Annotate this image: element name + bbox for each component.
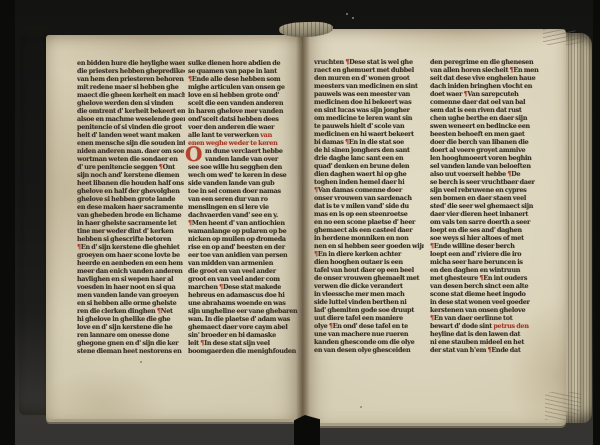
manuscript-line: om vals ten sarre doerth a seer	[430, 218, 545, 226]
manuscript-line: –drie daghe lanc sant een en	[314, 154, 424, 162]
manuscript-line: heyline dat is den lawen dat	[430, 330, 545, 338]
manuscript-line: ren die clerken dinghen ¶Net	[77, 307, 185, 315]
manuscript-line: hi ghelove in ghelike die ghe	[77, 315, 185, 323]
manuscript-line: ghelove si hebben grote lande	[77, 195, 185, 203]
text-column-left-1: en bidden hure die heylighe waertdie pri…	[77, 59, 185, 355]
manuscript-line: micha seer hare beruncen is	[430, 258, 545, 266]
manuscript-line: en sint lucas was sijn jongher	[314, 106, 424, 114]
manuscript-line: meer dan enich vanden anderen	[77, 267, 185, 275]
fore-edge-left	[19, 27, 49, 415]
manuscript-line: van allen horen siecheit ¶En men	[430, 66, 545, 74]
manuscript-line: loept een and' riviere die iro	[430, 250, 545, 258]
manuscript-line: onser vrouwen van sardenach	[314, 194, 424, 202]
manuscript-line: van hem den priesteren behoren al	[77, 75, 185, 83]
manuscript-line: havlighen en si wepen haer al	[77, 275, 185, 283]
manuscript-line: rise en op and' beesten en der	[188, 243, 300, 251]
manuscript-line: in haren ghelove mer vanden	[188, 107, 300, 115]
page-corner-bottom-right	[545, 392, 581, 420]
manuscript-line: chen ughe berthe en daer sijn	[430, 114, 545, 122]
manuscript-line: lad' ghemiten gode soe druupt	[314, 306, 424, 314]
manuscript-line: in haer ghelste sacramente let	[77, 219, 185, 227]
manuscript-line: den muren en d' wonen groot	[314, 74, 424, 82]
manuscript-line: vruchten ¶Dese stat is wel ghe	[314, 58, 424, 66]
manuscript-line: sen bomen en daer staen veel	[430, 194, 545, 202]
manuscript-line: uut diere tafel een maniere	[314, 314, 424, 322]
manuscript-line: de onser vrouwen ghemaelt met	[314, 274, 424, 282]
manuscript-line: also uut voerseit hebbe ¶De	[430, 170, 545, 178]
manuscript-line: nicken op muilen op dromeda	[188, 235, 300, 243]
manuscript-line: ghelove werden den si vinden	[77, 99, 185, 107]
manuscript-line: –te pauwels hielt d' scole van	[314, 122, 424, 130]
ink-speck	[360, 406, 362, 408]
manuscript-line: van ghebeden brode en lichame	[77, 211, 185, 219]
manuscript-line: –dach iniden bringhen vlocht en	[430, 82, 545, 90]
manuscript-line: ghemaect als een casteel daer	[314, 226, 424, 234]
manuscript-line: m dune verclaert hebbe	[188, 147, 300, 155]
manuscript-line: wech om wed' te keren in dese	[188, 171, 300, 179]
manuscript-line: –en si hebben alle orme ghelste	[77, 299, 185, 307]
manuscript-line: une abrahams woende en was	[188, 299, 300, 307]
manuscript-line: van midden van armenien	[188, 259, 300, 267]
manuscript-line: wamanlange op pularen op be	[188, 227, 300, 235]
manuscript-line: dachvaerden vand' see en y.	[188, 211, 300, 219]
manuscript-line: ¶En van daer oerlinne tot	[430, 314, 545, 322]
manuscript-line: van een seren dur van ro	[188, 195, 300, 203]
ink-speck	[140, 361, 142, 363]
manuscript-line: ¶Ende alle dese hebben som	[188, 75, 300, 83]
manuscript-line: doer die berch van libanen die	[430, 138, 545, 146]
manuscript-line: mit redene maer si hebben ghe	[77, 83, 185, 91]
manuscript-line: der stat van h'em ¶Ende dat	[430, 346, 545, 354]
manuscript-line: voesden in haer noot en si qua	[77, 283, 185, 291]
manuscript-line: –olye ¶En ond' dese tafel en te	[314, 322, 424, 330]
manuscript-line: hebben si ghescrifte betoren	[77, 235, 185, 243]
manuscript-line: side luttel vinden berthen ni	[314, 298, 424, 306]
manuscript-line: alle lant te verwerken van	[188, 131, 300, 139]
manuscript-line: daer vier dieren heet inbanert	[430, 210, 545, 218]
manuscript-line: heerde en aenbeden en een hem	[77, 259, 185, 267]
manuscript-line: ¶Ende willine deser berch	[430, 242, 545, 250]
manuscript-line: vanden lande van over	[188, 155, 300, 163]
manuscript-line: une van machere nue rueren	[314, 330, 424, 338]
manuscript-line: de hi sinen jonghers den sant	[314, 146, 424, 154]
manuscript-line: sted' die seer wel ghemaect sijn	[430, 202, 545, 210]
manuscript-line: maect die gheen kerheit en mach	[77, 91, 185, 99]
manuscript-line: –beesten behoeft en men gaet	[430, 130, 545, 138]
manuscript-line: sijn ungheline eer vane ghebaren	[188, 307, 300, 315]
manuscript-line: ren lannare om onesse done	[77, 331, 185, 339]
manuscript-line: kanden ghesconde om die olye	[314, 338, 424, 346]
manuscript-line: van desen berch sinct een alte	[430, 282, 545, 290]
manuscript-line: medicinen doe hi bekeert was	[314, 98, 424, 106]
manuscript-line: penitencie of si vinden die groot	[77, 123, 185, 131]
manuscript-line: verwen die dicke verandert	[314, 282, 424, 290]
manuscript-line: niden anderen man. daer om soe	[77, 147, 185, 155]
manuscript-line: bewart d' dode sint petrus den	[430, 322, 545, 330]
manuscript-line: en no een scone plaetse d' heer	[314, 218, 424, 226]
manuscript-line: soe weys si hier altoes of met	[430, 234, 545, 242]
manuscript-line: sceit die een vanden anderen	[188, 99, 300, 107]
text-column-right-2: den peregrime en die ghenesenvan allen h…	[430, 58, 545, 354]
manuscript-line: enen mensche sijn die souden inter	[77, 139, 185, 147]
manuscript-line: se berch is seer vruchtbaer daer	[430, 178, 545, 186]
manuscript-line: wan. In die plaetse d' adam was	[188, 315, 300, 323]
manuscript-line: loept en die ses and' daghen	[430, 226, 545, 234]
manuscript-line: se quamen van pape in lant	[188, 67, 300, 75]
manuscript-line: ni ene stauben mideel en het	[430, 338, 545, 346]
manuscript-line: sin' broeder en bi damaske	[188, 331, 300, 339]
manuscript-line: comenne daer dat oel van bal	[430, 98, 545, 106]
manuscript-line: dien daghen waert hi op ghe	[314, 170, 424, 178]
fore-edge-right	[565, 33, 592, 423]
manuscript-line: doert al voere groyet ammive	[430, 146, 545, 154]
manuscript-line: groot en van veel ander com	[188, 275, 300, 283]
manuscript-line: men vanden lande van groeyen	[77, 291, 185, 299]
manuscript-line: stene dieman heet nestorens en	[77, 347, 185, 355]
manuscript-line: leit ¶In dese stat sijn veel	[188, 339, 300, 347]
manuscript-line: voer den anderen die waer	[188, 123, 300, 131]
manuscript-line: sijn veel rebruwene en cypres	[430, 186, 545, 194]
manuscript-line: toe in sel comen doer namas	[188, 187, 300, 195]
manuscript-line: pauwels was een meester van	[314, 90, 424, 98]
manuscript-line: die priesters hebben ghepredikeert	[77, 67, 185, 75]
manuscript-line: raect en ghemuert met dubbel	[314, 66, 424, 74]
text-column-right-1: vruchten ¶Dese stat is wel gheraect en g…	[314, 58, 424, 354]
manuscript-line: love en si hebben grote ond'	[188, 91, 300, 99]
manuscript-line: sijn noch and' kerstene diemen	[77, 171, 185, 179]
manuscript-line: toghen inden hemel daer hi	[314, 178, 424, 186]
dust-speck	[352, 17, 354, 19]
manuscript-line: see soe wille hu segghen den	[188, 163, 300, 171]
manuscript-line: sulke dienen hore abdien de	[188, 59, 300, 67]
manuscript-line: met ghesteure ¶En int ouders	[430, 274, 545, 282]
manuscript-line: den peregrime en die ghenesen	[430, 58, 545, 66]
manuscript-line: menslingen en si lere vie	[188, 203, 300, 211]
book-cradle-wedge	[294, 415, 320, 445]
manuscript-line: alsoe en machme weselende geen	[77, 115, 185, 123]
manuscript-line: die groot en van veel ander	[188, 267, 300, 275]
manuscript-line: ¶Men heent d' van antiochien	[188, 219, 300, 227]
manuscript-line: en bidden hure die heylighe waert	[77, 59, 185, 67]
manuscript-line: side vanden lande van gub	[188, 179, 300, 187]
manuscript-line: ¶En d' sijn kerstene die ghehiet	[77, 243, 185, 251]
manuscript-line: marchen ¶Dese stat makede	[188, 283, 300, 291]
manuscript-line: tine mer weder dint d' kerken	[77, 227, 185, 235]
manuscript-line: eer toe van anidien van persen	[188, 251, 300, 259]
manuscript-line: en dese maken haer sacramente	[77, 203, 185, 211]
manuscript-line: ghemaect daer vore caym abel	[188, 323, 300, 331]
manuscript-line: love en d' sijn kerstene die he	[77, 323, 185, 331]
page-corner-top-right	[543, 29, 583, 45]
manuscript-photo: en bidden hure die heylighe waertdie pri…	[0, 0, 600, 445]
manuscript-line: ¶Van damas comenne doer	[314, 186, 424, 194]
manuscript-line: bi damas ¶En in die stat soe	[314, 138, 424, 146]
manuscript-line: –len hooghmoeert voren beghin	[430, 154, 545, 162]
dust-speck	[346, 13, 348, 15]
manuscript-line: sel vanden lande van beloeften	[430, 162, 545, 170]
manuscript-line: d' ure penitencie seggen ¶Ont	[77, 163, 185, 171]
manuscript-line: swen weneert en bedincke een	[430, 122, 545, 130]
manuscript-line: heet libanen die houden half ons	[77, 179, 185, 187]
manuscript-line: ghegone gnen en d' sijn die ker	[77, 339, 185, 347]
manuscript-line: tafel van hout daer op een beel	[314, 266, 424, 274]
manuscript-line: wortman weten die sondaer en	[77, 155, 185, 163]
manuscript-line: hebreus en adamascus doe hi	[188, 291, 300, 299]
manuscript-line: kerstenen van onsen ghelove	[430, 306, 545, 314]
manuscript-line: ¶En in diere kerken achter	[314, 250, 424, 258]
manuscript-line: om medicine te leren want sin	[314, 114, 424, 122]
manuscript-line: seit dat dese vive enghelen haue	[430, 74, 545, 82]
manuscript-line: mighe articulen van onsen ge	[188, 83, 300, 91]
manuscript-line: –meesters van medicinen en sint	[314, 82, 424, 90]
manuscript-line: quad' denken en brune delen	[314, 162, 424, 170]
manuscript-line: nen en si hebben seer goeden wijn	[314, 242, 424, 250]
manuscript-line: dat is te v milen vand' side du	[314, 202, 424, 210]
manuscript-line: sem dat is een riven dat rust	[430, 106, 545, 114]
manuscript-line: ghelove en half der ghevolghen	[77, 187, 185, 195]
manuscript-line: enen weghe weder te keren	[188, 139, 300, 147]
manuscript-line: mas en is op een steenroetse	[314, 210, 424, 218]
manuscript-line: boomgaerden die menighfouden	[188, 347, 300, 355]
manuscript-line: in herdene monniken en non	[314, 234, 424, 242]
manuscript-line: in vleessche mer men mach	[314, 290, 424, 298]
manuscript-line: heit d' landen weet want maken	[77, 131, 185, 139]
text-column-left-2: Osulke dienen hore abdien dese quamen va…	[188, 59, 300, 355]
manuscript-line: groeyen om haer scone lovte be	[77, 251, 185, 259]
manuscript-line: dien hooghen outaer is een	[314, 258, 424, 266]
manuscript-line: in dese stat wonen veel goeder	[430, 298, 545, 306]
manuscript-line: doet waer ¶Van sarepcuteh	[430, 90, 545, 98]
manuscript-line: scone stat dieme heet ingodo	[430, 290, 545, 298]
manuscript-line: ond'sceit datsi hebben dees	[188, 115, 300, 123]
manuscript-line: die omtrent d' kerheit bekeert en	[77, 107, 185, 115]
manuscript-line: en den daghen en wintruun	[430, 266, 545, 274]
manuscript-line: en van desen olye ghesceiden	[314, 346, 424, 354]
manuscript-line: medicinen en hi waert bekeert	[314, 130, 424, 138]
